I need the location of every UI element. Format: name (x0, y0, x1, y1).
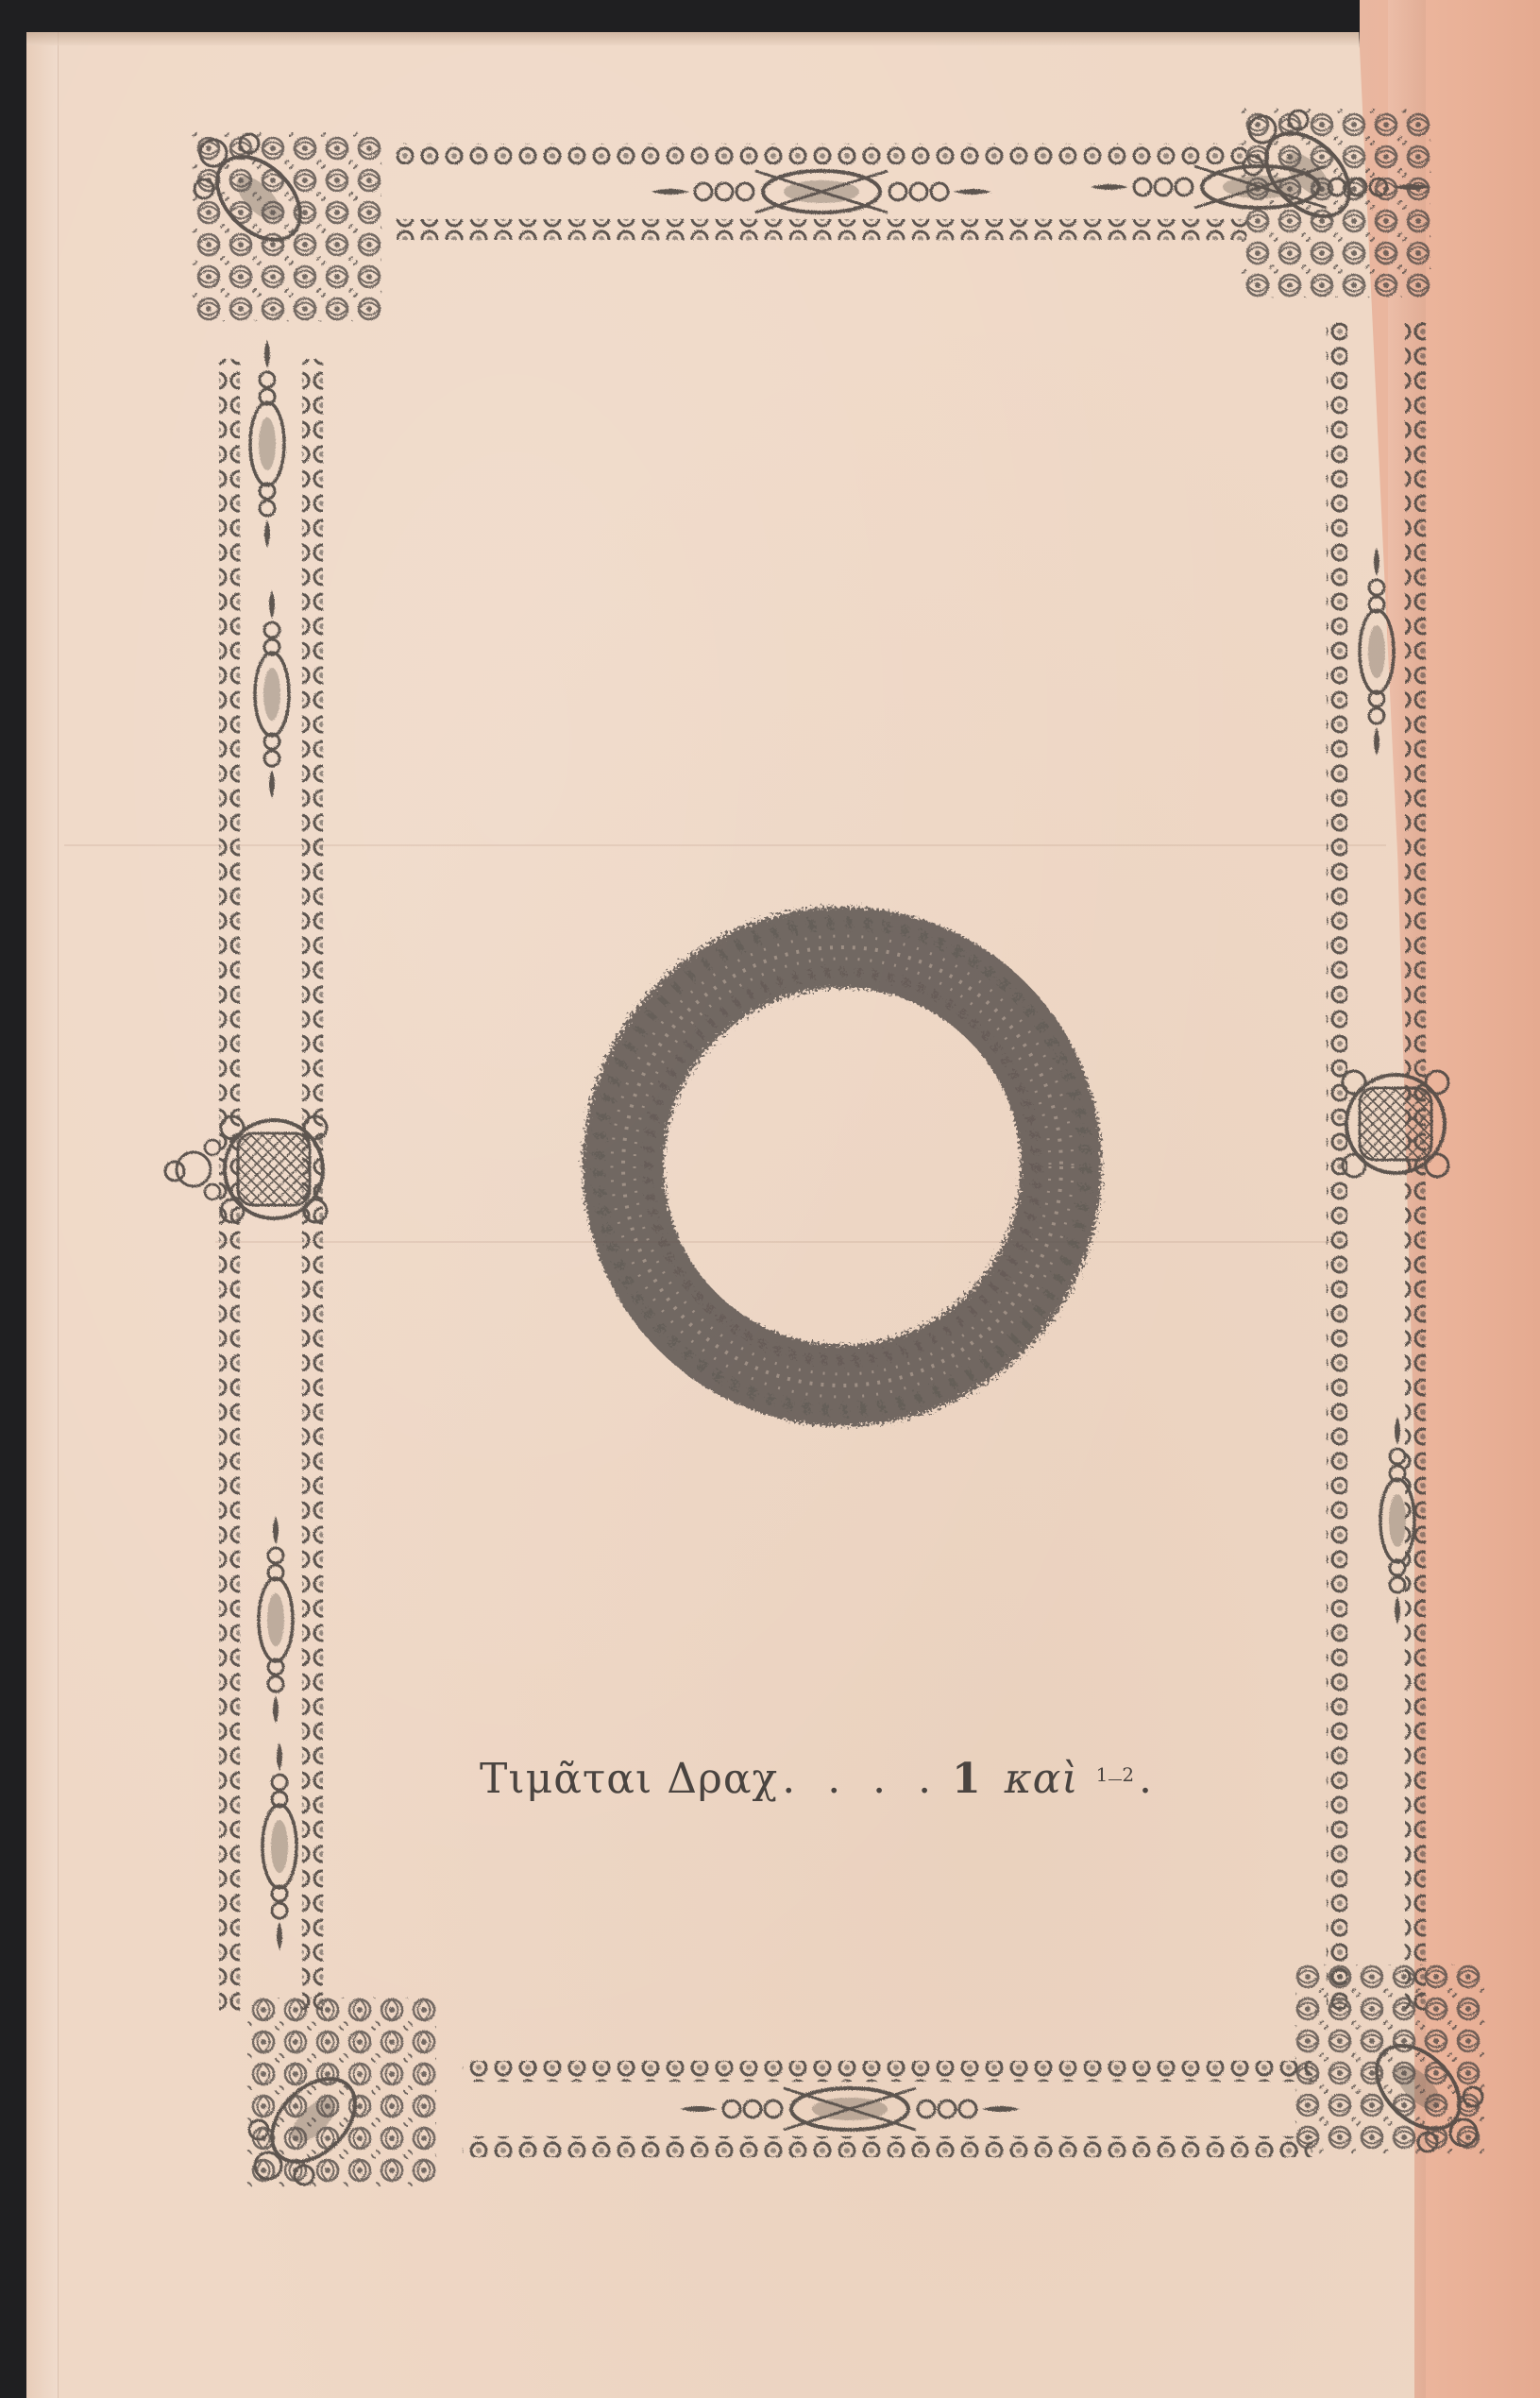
ornamental-frame (0, 0, 1540, 2398)
price-statement: Τιμᾶται Δραχ. . . .1καὶ12. (480, 1755, 1153, 1803)
fraction-bar (1108, 1779, 1122, 1780)
price-conjunction: καὶ (1005, 1755, 1079, 1803)
laurel-wreath-icon (599, 923, 1086, 1410)
price-amount: 1 (952, 1755, 982, 1803)
bottom-border (463, 2061, 1312, 2157)
corner-ornament-bottom-left (247, 1998, 436, 2186)
price-fraction: 12 (1096, 1766, 1135, 1783)
price-label: Τιμᾶται Δραχ (480, 1755, 778, 1803)
fraction-denominator: 2 (1122, 1766, 1135, 1783)
fraction-numerator: 1 (1096, 1766, 1109, 1783)
corner-ornament-top-right (1242, 109, 1430, 298)
side-flourish-icon (165, 1140, 220, 1199)
price-leader-dots: . . . . (782, 1755, 940, 1803)
price-period: . (1139, 1755, 1153, 1803)
lattice-medallion-icon (1343, 1071, 1448, 1177)
corner-ornament-bottom-right (1295, 1964, 1484, 2153)
corner-ornament-top-left (193, 132, 381, 321)
